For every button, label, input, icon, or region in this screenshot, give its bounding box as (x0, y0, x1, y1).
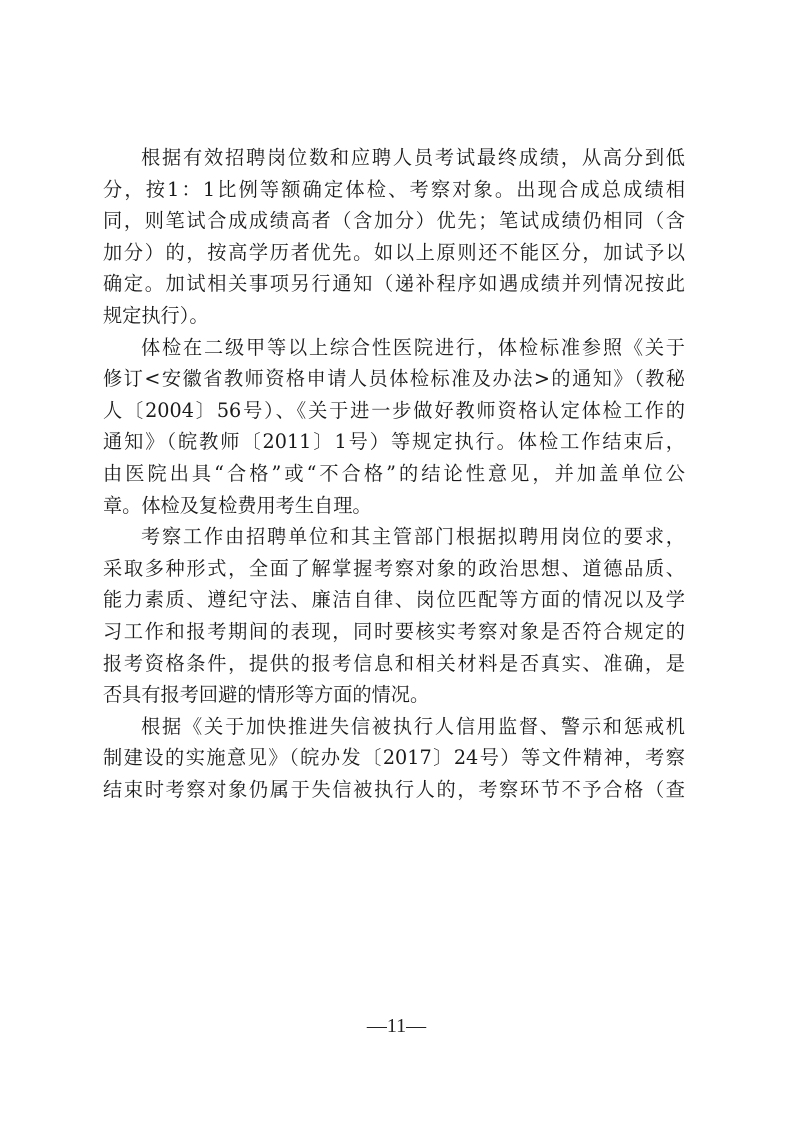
text-line: 加分）的，按高学历者优先。如以上原则还不能区分，加试予以 (103, 237, 685, 269)
text-line: 考察工作由招聘单位和其主管部门根据拟聘用岗位的要求， (103, 521, 685, 553)
text-line: 由医院出具“合格”或“不合格”的结论性意见，并加盖单位公 (103, 458, 685, 490)
text-line: 习工作和报考期间的表现，同时要核实考察对象是否符合规定的 (103, 616, 685, 648)
page-number: —11— (0, 1015, 793, 1038)
text-line: 体检在二级甲等以上综合性医院进行，体检标准参照《关于 (103, 332, 685, 364)
text-line: 根据《关于加快推进失信被执行人信用监督、警示和惩戒机 (103, 711, 685, 743)
text-line: 报考资格条件，提供的报考信息和相关材料是否真实、准确，是 (103, 648, 685, 680)
text-line: 同，则笔试合成成绩高者（含加分）优先；笔试成绩仍相同（含 (103, 205, 685, 237)
document-page: 根据有效招聘岗位数和应聘人员考试最终成绩，从高分到低 分，按1：1比例等额确定体… (0, 0, 793, 1122)
paragraph-dishonest-debtor: 根据《关于加快推进失信被执行人信用监督、警示和惩戒机 制建设的实施意见》（皖办发… (103, 711, 685, 806)
text-line: 能力素质、遵纪守法、廉洁自律、岗位匹配等方面的情况以及学 (103, 584, 685, 616)
text-line: 分，按1：1比例等额确定体检、考察对象。出现合成总成绩相 (103, 174, 685, 206)
text-line: 根据有效招聘岗位数和应聘人员考试最终成绩，从高分到低 (103, 142, 685, 174)
text-line: 制建设的实施意见》（皖办发〔2017〕24号）等文件精神，考察 (103, 742, 685, 774)
paragraph-inspection: 考察工作由招聘单位和其主管部门根据拟聘用岗位的要求， 采取多种形式，全面了解掌握… (103, 521, 685, 711)
text-line: 结束时考察对象仍属于失信被执行人的，考察环节不予合格（查 (103, 774, 685, 806)
paragraph-ranking-rules: 根据有效招聘岗位数和应聘人员考试最终成绩，从高分到低 分，按1：1比例等额确定体… (103, 142, 685, 332)
paragraph-physical-exam: 体检在二级甲等以上综合性医院进行，体检标准参照《关于 修订<安徽省教师资格申请人… (103, 332, 685, 522)
text-line: 人〔2004〕56号）、《关于进一步做好教师资格认定体检工作的 (103, 395, 685, 427)
text-line: 否具有报考回避的情形等方面的情况。 (103, 679, 685, 711)
text-line: 章。体检及复检费用考生自理。 (103, 490, 685, 522)
text-line: 确定。加试相关事项另行通知（递补程序如遇成绩并列情况按此 (103, 268, 685, 300)
text-line: 通知》（皖教师〔2011〕1号）等规定执行。体检工作结束后， (103, 426, 685, 458)
text-line: 修订<安徽省教师资格申请人员体检标准及办法>的通知》（教秘 (103, 363, 685, 395)
text-line: 规定执行）。 (103, 300, 685, 332)
text-line: 采取多种形式，全面了解掌握考察对象的政治思想、道德品质、 (103, 553, 685, 585)
document-body: 根据有效招聘岗位数和应聘人员考试最终成绩，从高分到低 分，按1：1比例等额确定体… (103, 142, 685, 805)
